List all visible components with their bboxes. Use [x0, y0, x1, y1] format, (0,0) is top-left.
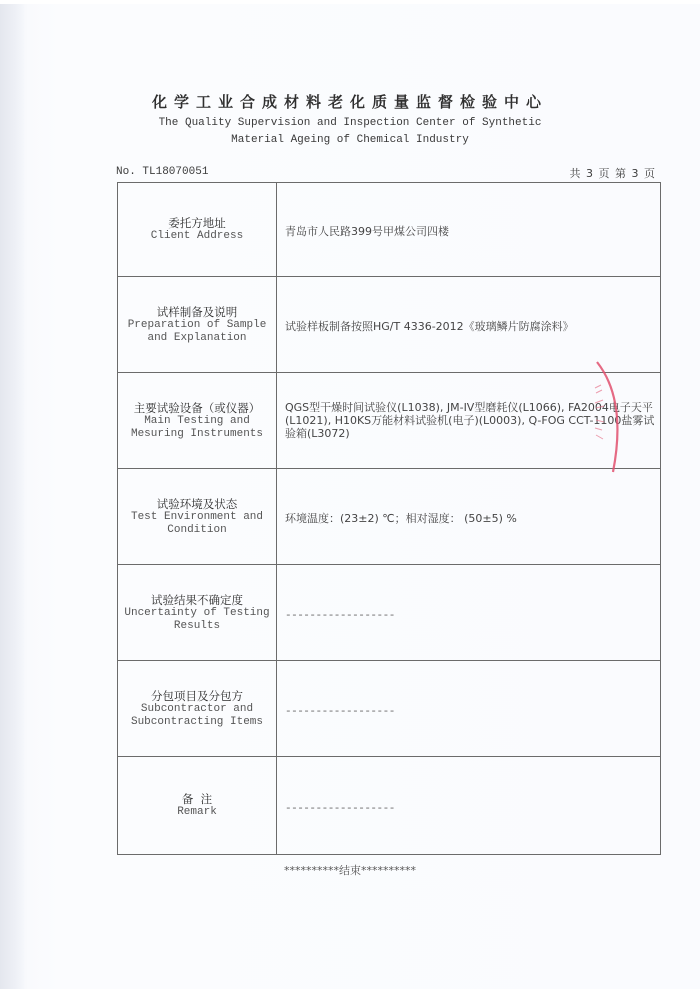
label-cn: 备 注: [118, 792, 276, 806]
label-cn: 试验环境及状态: [118, 497, 276, 511]
row-value: ------------------: [277, 565, 661, 661]
label-en: Main Testing and Mesuring Instruments: [118, 415, 276, 440]
label-en: Test Environment and Condition: [118, 511, 276, 536]
row-label: 分包项目及分包方 Subcontractor and Subcontractin…: [118, 661, 277, 757]
end-of-report-mark: **********结束**********: [0, 862, 700, 878]
sample-preparation-value: 试验样板制备按照HG/T 4336-2012《玻璃鳞片防腐涂料》: [285, 320, 574, 333]
table-row-instruments: 主要试验设备（或仪器） Main Testing and Mesuring In…: [118, 373, 661, 469]
row-value: 试验样板制备按照HG/T 4336-2012《玻璃鳞片防腐涂料》: [277, 277, 661, 373]
test-environment-value: 环境温度：(23±2) ℃；相对湿度： (50±5) %: [285, 512, 517, 525]
label-en: Subcontractor and Subcontracting Items: [118, 703, 276, 728]
institution-title-cn: 化学工业合成材料老化质量监督检验中心: [0, 91, 700, 112]
scan-top-edge: [0, 0, 700, 4]
scan-left-edge: [0, 0, 24, 989]
page-count: 共 3 页 第 3 页: [570, 165, 656, 181]
row-label: 试样制备及说明 Preparation of Sample and Explan…: [118, 277, 277, 373]
row-value: QGS型干燥时间试验仪(L1038), JM-IV型磨耗仪(L1066), FA…: [277, 373, 661, 469]
table-row-client-address: 委托方地址 Client Address 青岛市人民路399号甲煤公司四楼: [118, 183, 661, 277]
table-row-uncertainty: 试验结果不确定度 Uncertainty of Testing Results …: [118, 565, 661, 661]
report-number: No. TL18070051: [116, 166, 208, 178]
row-value: ------------------: [277, 661, 661, 757]
client-address-value: 青岛市人民路399号甲煤公司四楼: [285, 225, 449, 238]
row-value: 环境温度：(23±2) ℃；相对湿度： (50±5) %: [277, 469, 661, 565]
label-cn: 分包项目及分包方: [118, 689, 276, 703]
label-cn: 试样制备及说明: [118, 305, 276, 319]
report-info-table: 委托方地址 Client Address 青岛市人民路399号甲煤公司四楼 试样…: [117, 182, 661, 855]
label-cn: 主要试验设备（或仪器）: [118, 401, 276, 415]
row-label: 主要试验设备（或仪器） Main Testing and Mesuring In…: [118, 373, 277, 469]
report-page: 化学工业合成材料老化质量监督检验中心 The Quality Supervisi…: [0, 0, 700, 989]
instruments-value: QGS型干燥时间试验仪(L1038), JM-IV型磨耗仪(L1066), FA…: [285, 401, 660, 440]
institution-title-en-line1: The Quality Supervision and Inspection C…: [0, 117, 700, 129]
row-value: 青岛市人民路399号甲煤公司四楼: [277, 183, 661, 277]
row-label: 备 注 Remark: [118, 757, 277, 855]
label-en: Uncertainty of Testing Results: [118, 607, 276, 632]
remark-value: ------------------: [285, 803, 395, 815]
subcontractor-value: ------------------: [285, 706, 395, 718]
institution-title-en-line2: Material Ageing of Chemical Industry: [0, 134, 700, 146]
uncertainty-value: ------------------: [285, 610, 395, 622]
table-row-sample-preparation: 试样制备及说明 Preparation of Sample and Explan…: [118, 277, 661, 373]
label-en: Client Address: [118, 230, 276, 243]
row-label: 委托方地址 Client Address: [118, 183, 277, 277]
table-row-test-environment: 试验环境及状态 Test Environment and Condition 环…: [118, 469, 661, 565]
label-en: Preparation of Sample and Explanation: [118, 319, 276, 344]
row-value: ------------------: [277, 757, 661, 855]
label-en: Remark: [118, 806, 276, 819]
table-row-remark: 备 注 Remark ------------------: [118, 757, 661, 855]
row-label: 试验结果不确定度 Uncertainty of Testing Results: [118, 565, 277, 661]
row-label: 试验环境及状态 Test Environment and Condition: [118, 469, 277, 565]
label-cn: 试验结果不确定度: [118, 593, 276, 607]
label-cn: 委托方地址: [118, 216, 276, 230]
table-row-subcontractor: 分包项目及分包方 Subcontractor and Subcontractin…: [118, 661, 661, 757]
